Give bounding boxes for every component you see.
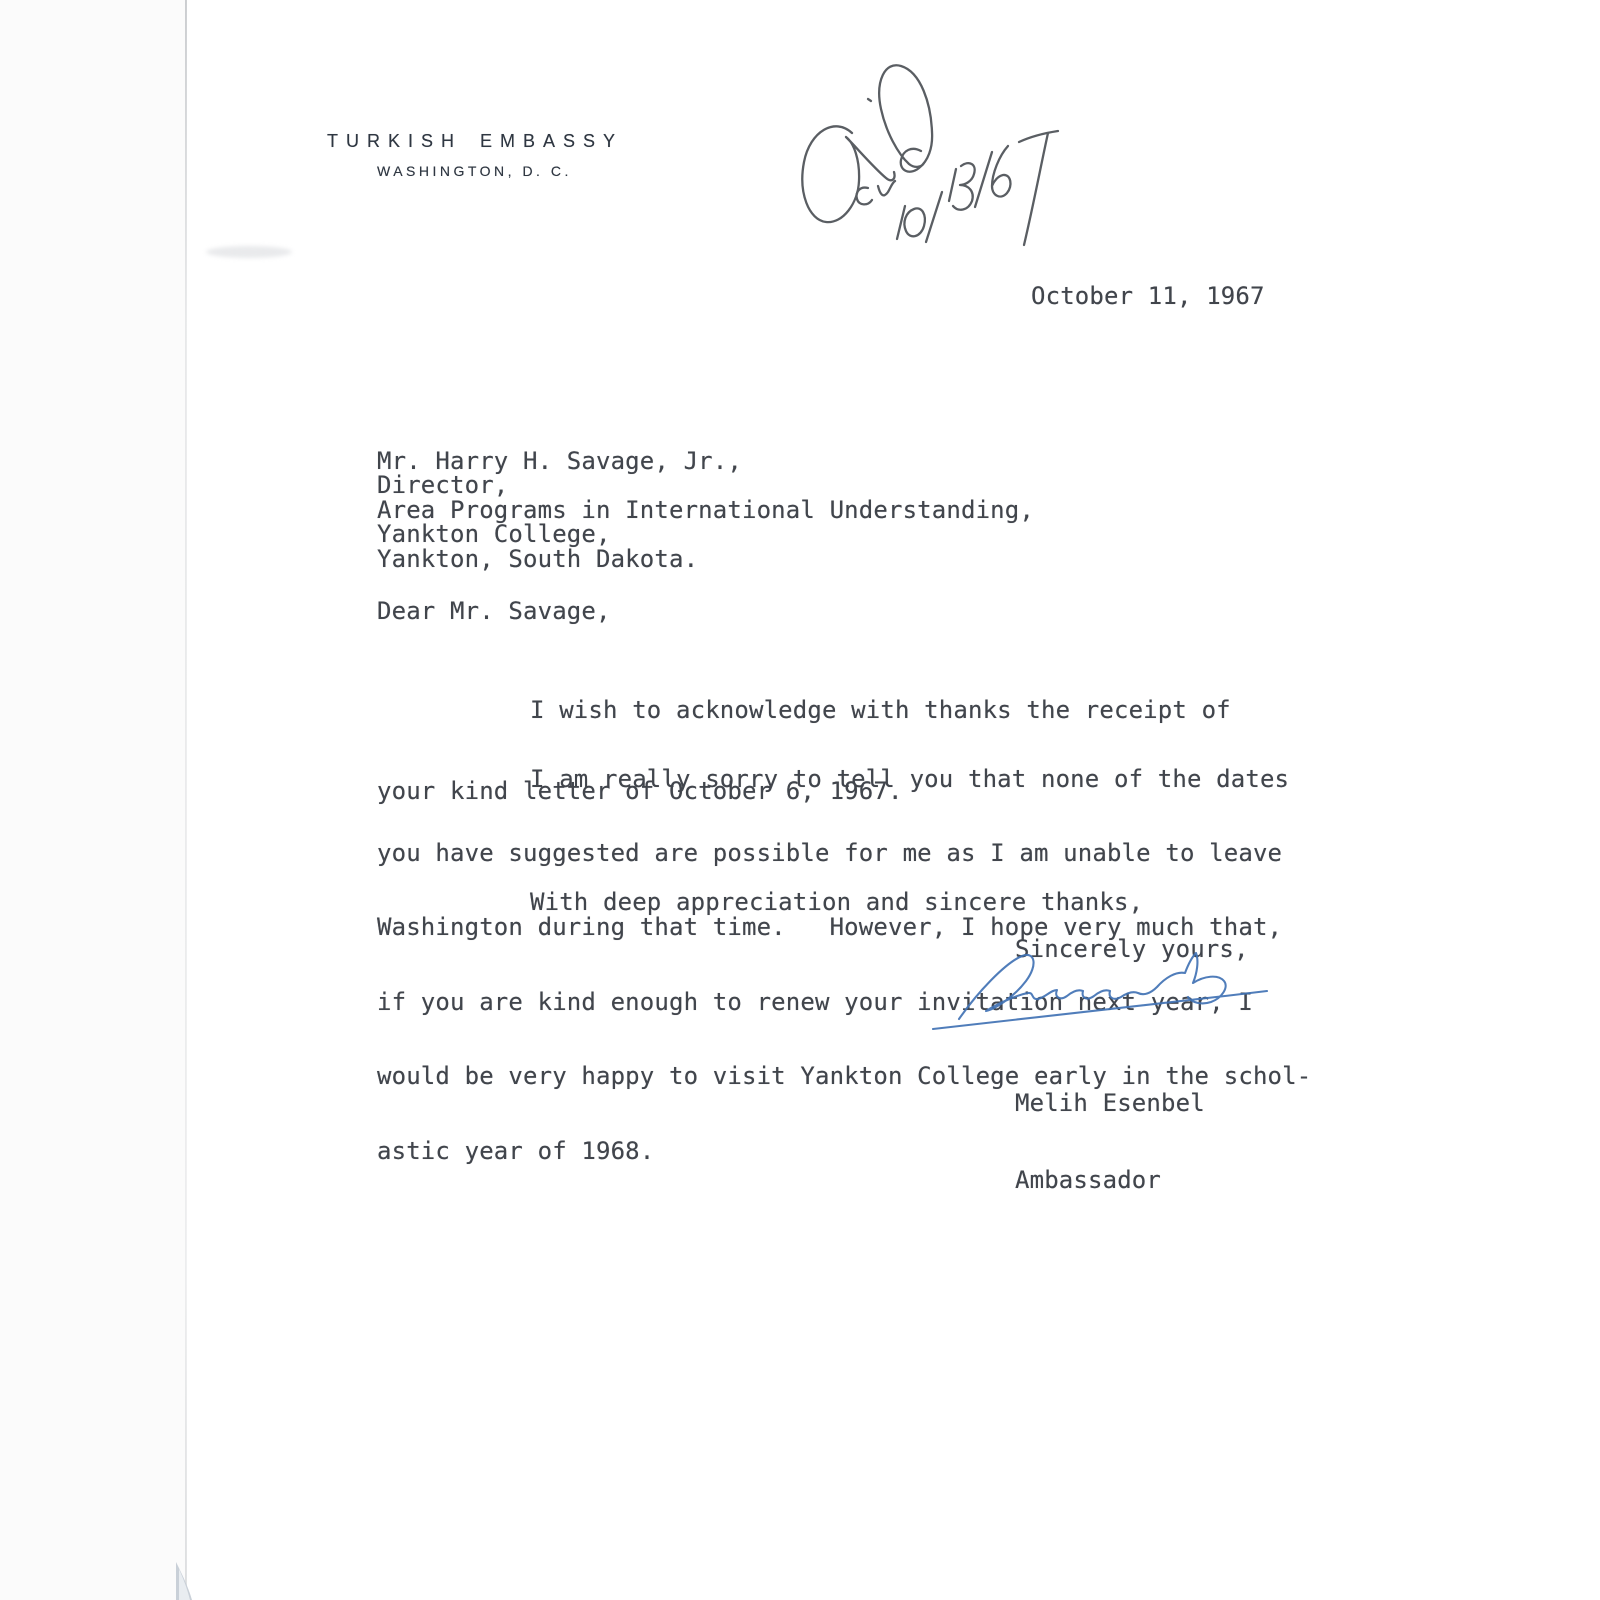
- date-line: October 11, 1967: [1031, 282, 1265, 310]
- recipient-address-block: Mr. Harry H. Savage, Jr., Director, Area…: [377, 449, 1034, 571]
- body-line: you have suggested are possible for me a…: [377, 841, 1311, 866]
- letterhead-organization: TURKISH EMBASSY: [327, 131, 623, 152]
- address-line: Yankton College,: [377, 522, 1034, 546]
- body-line: I am really sorry to tell you that none …: [377, 767, 1311, 792]
- scan-smudge: [206, 246, 292, 258]
- page-corner-fold: [168, 1556, 202, 1600]
- scanned-letter-page: TURKISH EMBASSY WASHINGTON, D. C. Octobe: [0, 0, 1600, 1600]
- paper-left-edge: [185, 0, 187, 1600]
- address-line: Director,: [377, 473, 1034, 497]
- signature-block: Melih Esenbel Ambassador: [1015, 1040, 1205, 1244]
- salutation: Dear Mr. Savage,: [377, 597, 611, 625]
- address-line: Area Programs in International Understan…: [377, 498, 1034, 522]
- signer-name: Melih Esenbel: [1015, 1091, 1205, 1117]
- scanner-background-strip: [0, 0, 186, 1600]
- address-line: Yankton, South Dakota.: [377, 547, 1034, 571]
- letterhead-location: WASHINGTON, D. C.: [377, 163, 572, 179]
- address-line: Mr. Harry H. Savage, Jr.,: [377, 449, 1034, 473]
- received-handwritten-note: [795, 55, 1095, 260]
- closing-line: With deep appreciation and sincere thank…: [377, 888, 1143, 916]
- signer-title: Ambassador: [1015, 1168, 1205, 1194]
- signature-handwriting: [925, 945, 1280, 1033]
